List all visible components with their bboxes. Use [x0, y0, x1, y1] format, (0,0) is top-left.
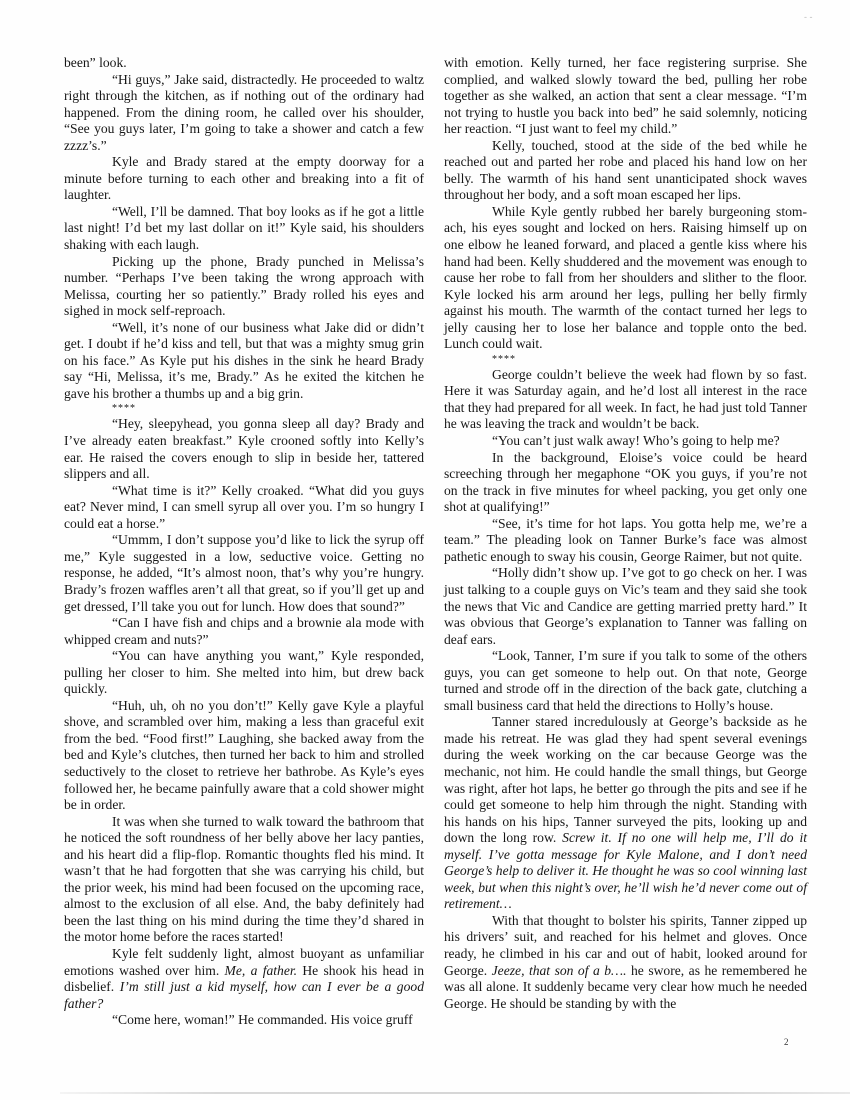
paragraph: In the background, Eloise’s voice could …: [444, 450, 807, 516]
paragraph: George couldn’t believe the week had flo…: [444, 367, 807, 433]
page-number: 2: [784, 1037, 789, 1047]
paragraph: “You can’t just walk away! Who’s going t…: [444, 433, 807, 450]
section-separator: ****: [64, 402, 424, 416]
paragraph: Kyle felt suddenly light, almost buoyant…: [64, 946, 424, 1012]
scan-bottom-edge: [60, 1092, 850, 1094]
italic-thought-text: Jeeze, that son of a b….: [492, 963, 627, 978]
scan-corner-mark: - -: [804, 12, 813, 22]
paragraph: Kelly, touched, stood at the side of the…: [444, 138, 807, 204]
paragraph: “See, it’s time for hot laps. You gotta …: [444, 516, 807, 566]
italic-thought-text: Me, a father.: [225, 963, 298, 978]
paragraph: “Well, I’ll be damned. That boy looks as…: [64, 204, 424, 254]
paragraph: Tanner stared incredulously at George’s …: [444, 714, 807, 913]
paragraph-continuation: with emotion. Kelly turned, her face reg…: [444, 55, 807, 138]
paragraph: It was when she turned to walk toward th…: [64, 814, 424, 946]
paragraph: With that thought to bolster his spirits…: [444, 913, 807, 1012]
paragraph: “Hi guys,” Jake said, distractedly. He p…: [64, 72, 424, 155]
paragraph: Kyle and Brady stared at the empty doorw…: [64, 154, 424, 204]
left-text-column: been” look.“Hi guys,” Jake said, distrac…: [64, 55, 424, 1029]
section-separator: ****: [444, 353, 807, 367]
paragraph: While Kyle gently rubbed her barely burg…: [444, 204, 807, 353]
paragraph: “Huh, uh, oh no you don’t!” Kelly gave K…: [64, 698, 424, 814]
paragraph: “Can I have fish and chips and a brownie…: [64, 615, 424, 648]
paragraph: “Hey, sleepyhead, you gonna sleep all da…: [64, 416, 424, 482]
paragraph: “Well, it’s none of our business what Ja…: [64, 320, 424, 403]
text-run: Tanner stared incredulously at George’s …: [444, 714, 807, 845]
paragraph-continuation: been” look.: [64, 55, 424, 72]
paragraph: “Come here, woman!” He commanded. His vo…: [64, 1012, 424, 1029]
right-text-column: with emotion. Kelly turned, her face reg…: [444, 55, 807, 1012]
paragraph: “You can have anything you want,” Kyle r…: [64, 648, 424, 698]
paragraph: “What time is it?” Kelly croaked. “What …: [64, 483, 424, 533]
paragraph: “Ummm, I don’t suppose you’d like to lic…: [64, 532, 424, 615]
paragraph: “Holly didn’t show up. I’ve got to go ch…: [444, 565, 807, 648]
document-page: - - been” look.“Hi guys,” Jake said, dis…: [0, 0, 850, 1100]
paragraph: Picking up the phone, Brady punched in M…: [64, 254, 424, 320]
paragraph: “Look, Tanner, I’m sure if you talk to s…: [444, 648, 807, 714]
